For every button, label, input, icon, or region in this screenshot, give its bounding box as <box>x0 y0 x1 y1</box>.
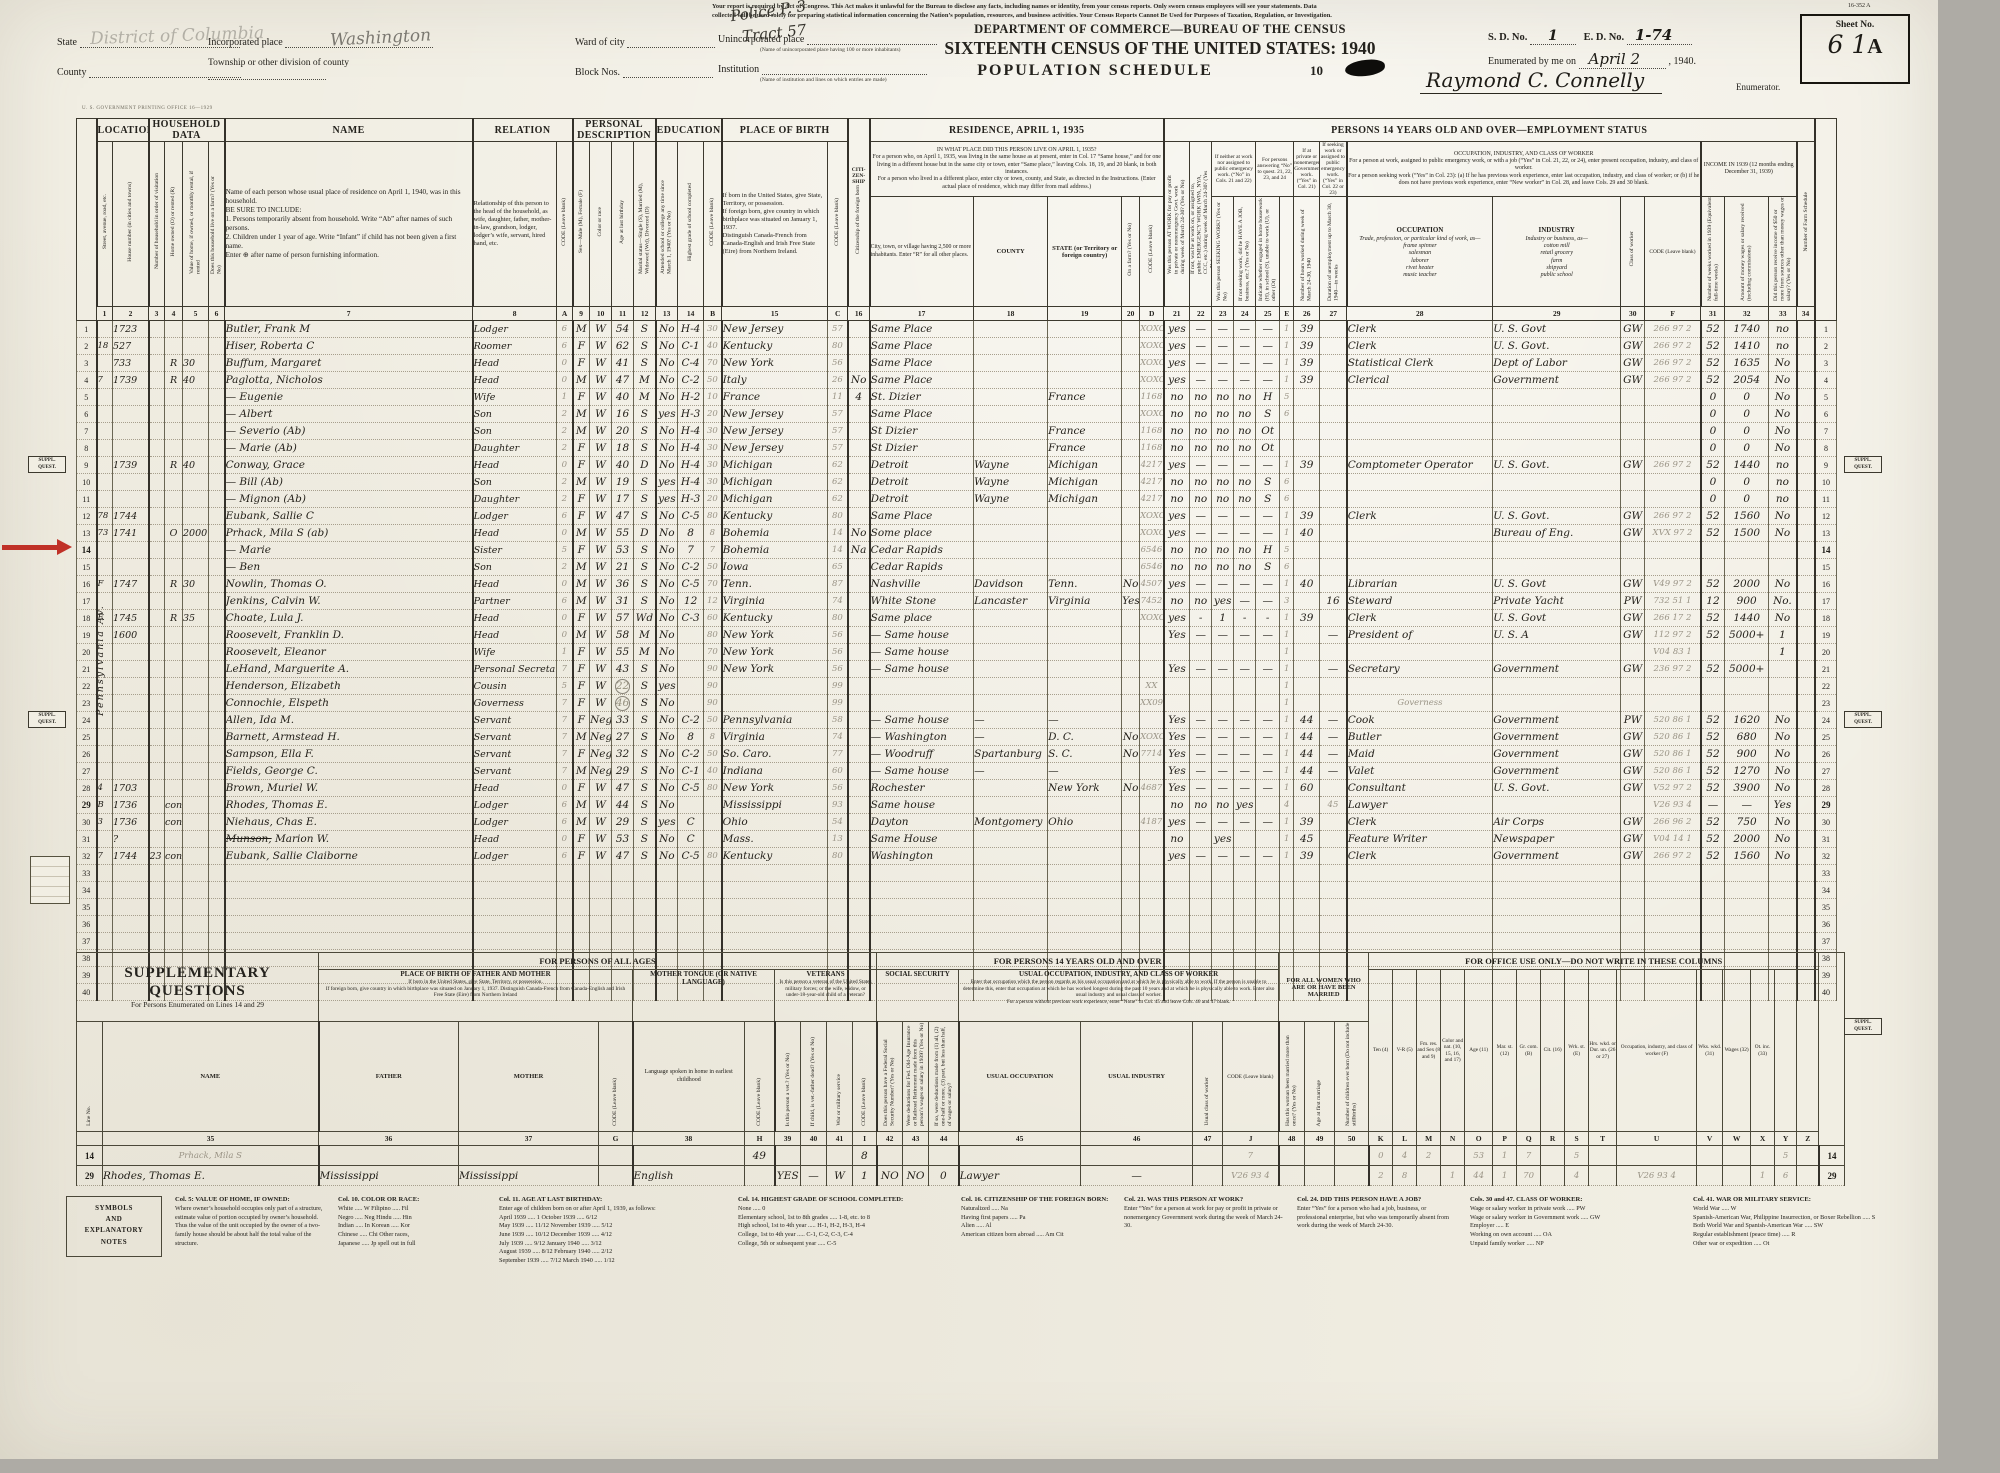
cell-lnR: 15 <box>1815 559 1837 576</box>
col-code-c: CODE (Leave blank) <box>828 142 848 307</box>
cell-ofarm <box>1122 474 1140 491</box>
cell-or <box>165 933 183 950</box>
cell-cE: 6 <box>1280 559 1294 576</box>
col-owned-rented: Home owned (O) or rented (R) <box>165 142 183 307</box>
cell-cB: 50 <box>704 372 722 389</box>
cell-cD: XOXO <box>1140 372 1164 389</box>
cell-fs <box>1797 848 1815 865</box>
cell-val <box>183 406 209 423</box>
cell-val <box>183 712 209 729</box>
cell-fs <box>1797 338 1815 355</box>
cell-ln: 24 <box>77 712 97 729</box>
cell-cD: 6546 <box>1140 559 1164 576</box>
cell-cB: 50 <box>704 746 722 763</box>
cell-inc: 1440 <box>1725 610 1769 627</box>
column-number: 44 <box>929 1132 959 1146</box>
cell-color: W <box>590 780 612 797</box>
cell-vis <box>149 440 165 457</box>
cell-hrs <box>1294 916 1320 933</box>
cell-age <box>612 899 634 916</box>
cell-rstate: — <box>1048 712 1122 729</box>
cell-cls <box>1621 440 1645 457</box>
cell-sex: F <box>573 831 590 848</box>
table-row-16: 16F1747R30Nowlin, Thomas O.Head0MW36SNoC… <box>77 576 1837 593</box>
cell-hrs <box>1294 406 1320 423</box>
cell-fs <box>1797 355 1815 372</box>
cell-w21: yes <box>1164 848 1190 865</box>
cell-val <box>183 865 209 882</box>
cell-w25: — <box>1256 372 1280 389</box>
cell-rstate <box>1048 406 1122 423</box>
cell-uind: — <box>1081 1166 1193 1186</box>
cell-name: Munson, Marion W. <box>225 831 473 848</box>
cell-w23 <box>1212 933 1234 950</box>
cell-hrs: 39 <box>1294 338 1320 355</box>
cell-color: Neg. <box>590 712 612 729</box>
cell-sch <box>656 933 678 950</box>
cell-name: Eubank, Sallie C <box>225 508 473 525</box>
column-number: 24 <box>1234 307 1256 321</box>
cell-rstate <box>1048 627 1122 644</box>
cell-w21: Yes <box>1164 763 1190 780</box>
cell-farm <box>209 440 225 457</box>
cell-cC: 57 <box>828 406 848 423</box>
cell-sex: M <box>573 576 590 593</box>
note-col10-body: White ..... W Filipino ..... Fil Negro .… <box>338 1205 486 1248</box>
cell-cA: 2 <box>557 406 573 423</box>
cell-cls <box>1621 797 1645 814</box>
cell-occ <box>1347 440 1493 457</box>
cell-val: 40 <box>183 457 209 474</box>
cell-rcounty: — <box>974 763 1048 780</box>
cell-fs <box>1797 627 1815 644</box>
cell-val <box>183 848 209 865</box>
cell-oth <box>1769 678 1797 695</box>
cell-lnR: 1 <box>1815 321 1837 338</box>
cell-lnR: 6 <box>1815 406 1837 423</box>
cell-cB: 80 <box>704 508 722 525</box>
office-col-marst: Mar. st. (12) <box>1493 970 1517 1132</box>
cell-rcounty: Wayne <box>974 457 1048 474</box>
cell-w23 <box>1212 916 1234 933</box>
col-emergency-work-label: If not, was he at work on, or assigned t… <box>1190 170 1212 274</box>
cell-fs <box>1797 763 1815 780</box>
cell-w48 <box>1279 1166 1305 1186</box>
cell-w22 <box>1190 899 1212 916</box>
cell-cD: XOXO <box>1140 729 1164 746</box>
cell-cls: GW <box>1621 372 1645 389</box>
cell-cF: 266 97 2 <box>1645 372 1701 389</box>
cell-rcity <box>870 695 974 712</box>
cell-farm <box>209 933 225 950</box>
cell-farm <box>209 916 225 933</box>
cell-rcity: White Stone <box>870 593 974 610</box>
cell-wks <box>1701 865 1725 882</box>
cell-wks: 0 <box>1701 389 1725 406</box>
cell-color <box>590 899 612 916</box>
cell-fs <box>1797 644 1815 661</box>
cell-cls: GW <box>1621 729 1645 746</box>
cell-vis <box>149 678 165 695</box>
cell-occ: Butler <box>1347 729 1493 746</box>
cell-cD <box>1140 627 1164 644</box>
cell-house <box>113 712 149 729</box>
cell-cG <box>599 1146 633 1166</box>
cell-cC: 99 <box>828 678 848 695</box>
cell-w25: — <box>1256 627 1280 644</box>
cell-or <box>165 440 183 457</box>
office-col-hrswkd: Hrs. wkd. or Dur. un. (26 or 27) <box>1589 970 1617 1132</box>
table-row-32: 327174423cont.Eubank, Sallie ClaiborneLo… <box>77 848 1837 865</box>
cell-cit <box>848 746 870 763</box>
note-col10-title: Col. 10. COLOR OR RACE: <box>338 1196 486 1203</box>
cell-ind <box>1493 542 1621 559</box>
cell-rcity: — Washington <box>870 729 974 746</box>
column-number: G <box>599 1132 633 1146</box>
table-row-26: 26Sampson, Ella F.Servant7FNeg.32SNoC-25… <box>77 746 1837 763</box>
cell-street <box>97 882 113 899</box>
cell-cls: GW <box>1621 610 1645 627</box>
cell-w24 <box>1234 831 1256 848</box>
cell-w49 <box>1305 1146 1335 1166</box>
cell-w23 <box>1212 882 1234 899</box>
cell-rstate <box>1048 695 1122 712</box>
cell-sex: F <box>573 440 590 457</box>
cell-name: — Albert <box>225 406 473 423</box>
cell-cD <box>1140 661 1164 678</box>
cell-occ: Secretary <box>1347 661 1493 678</box>
cell-farm <box>209 865 225 882</box>
cell-occ: Valet <box>1347 763 1493 780</box>
cell-street: 4 <box>97 780 113 797</box>
office-col-wages: Wages (32) <box>1723 970 1751 1132</box>
cell-w21: no <box>1164 406 1190 423</box>
cell-cls <box>1621 899 1645 916</box>
cell-bp <box>722 678 828 695</box>
cell-w23: — <box>1212 355 1234 372</box>
cell-cE: 6 <box>1280 406 1294 423</box>
cell-cD: XX09 <box>1140 695 1164 712</box>
cell-hrs <box>1294 661 1320 678</box>
cell-lnR: 16 <box>1815 576 1837 593</box>
cell-street: 78 <box>97 508 113 525</box>
cell-oth <box>1769 882 1797 899</box>
cell-name: Brown, Muriel W. <box>225 780 473 797</box>
cell-lnR: 21 <box>1815 661 1837 678</box>
cell-street: 7 <box>97 372 113 389</box>
note-col14-title: Col. 14. HIGHEST GRADE OF SCHOOL COMPLET… <box>738 1196 948 1203</box>
cell-lnR: 30 <box>1815 814 1837 831</box>
cell-oth: 1 <box>1769 644 1797 661</box>
cell-ln: 3 <box>77 355 97 372</box>
cell-ind <box>1493 933 1621 950</box>
cell-w25: — <box>1256 746 1280 763</box>
col-birthplace-instructions: If born in the United States, give State… <box>722 142 828 307</box>
cell-oth: no <box>1769 321 1797 338</box>
cell-cls <box>1621 559 1645 576</box>
cell-cE: 6 <box>1280 491 1294 508</box>
cell-rel: Lodger <box>473 848 557 865</box>
cell-w23: no <box>1212 406 1234 423</box>
cell-rstate: New York <box>1048 780 1122 797</box>
cell-grade: H-4 <box>678 440 704 457</box>
cell-inc: 0 <box>1725 440 1769 457</box>
cell-name: — Ben <box>225 559 473 576</box>
cell-ind <box>1493 695 1621 712</box>
cell-cit <box>848 712 870 729</box>
office-col-age: Age (11) <box>1465 970 1493 1132</box>
cell-sch: No <box>656 576 678 593</box>
cell-wks: 52 <box>1701 525 1725 542</box>
cell-sex: F <box>573 491 590 508</box>
cell-cit <box>848 576 870 593</box>
cell-inc: 900 <box>1725 593 1769 610</box>
cell-w22: no <box>1190 797 1212 814</box>
cell-ind: Government <box>1493 848 1621 865</box>
group-location: LOCATION <box>97 119 149 142</box>
cell-cC: 56 <box>828 355 848 372</box>
cell-wks: 52 <box>1701 457 1725 474</box>
cell-ln: 25 <box>77 729 97 746</box>
cell-w24 <box>1234 678 1256 695</box>
cell-age: 36 <box>612 576 634 593</box>
cell-inc <box>1725 644 1769 661</box>
cell-age: 40 <box>612 457 634 474</box>
cell-age: 53 <box>612 831 634 848</box>
column-number: 42 <box>877 1132 903 1146</box>
cell-Y: 6 <box>1775 1166 1797 1186</box>
cell-w23: — <box>1212 321 1234 338</box>
cell-sch: yes <box>656 491 678 508</box>
cell-cls: GW <box>1621 525 1645 542</box>
cell-hrs: 39 <box>1294 355 1320 372</box>
cell-rel <box>473 933 557 950</box>
cell-cD <box>1140 933 1164 950</box>
col-weeks-worked: Number of weeks worked in 1939 (Equivale… <box>1701 197 1725 307</box>
cell-lnR: 8 <box>1815 440 1837 457</box>
cell-grade <box>678 916 704 933</box>
cell-mar: S <box>634 678 656 695</box>
cell-lnR: 9 <box>1815 457 1837 474</box>
cell-cF <box>1645 491 1701 508</box>
cell-dur <box>1320 848 1347 865</box>
col-wages-label: Amount of money wages or salary received… <box>1740 197 1753 301</box>
cell-vis <box>149 389 165 406</box>
cell-rcounty <box>974 627 1048 644</box>
cell-age <box>612 933 634 950</box>
column-number: Y <box>1775 1132 1797 1146</box>
column-number: 2 <box>113 307 149 321</box>
cell-mar: S <box>634 712 656 729</box>
cell-house: 1739 <box>113 372 149 389</box>
table-row-14: 14Prhack, Mila S498704253175514 <box>77 1146 1845 1166</box>
cell-house <box>113 661 149 678</box>
office-col-colornat: Color and nat. (10, 15, 16, and 17) <box>1441 970 1465 1132</box>
cell-oth <box>1769 695 1797 712</box>
cell-occ: Lawyer <box>1347 797 1493 814</box>
cell-dur <box>1320 525 1347 542</box>
occupation-instructions: OCCUPATION, INDUSTRY, AND CLASS OF WORKE… <box>1347 142 1701 197</box>
cell-cit <box>848 899 870 916</box>
cell-w23: 1 <box>1212 610 1234 627</box>
column-number: 18 <box>974 307 1048 321</box>
cell-sex: F <box>573 746 590 763</box>
column-number: K <box>1369 1132 1393 1146</box>
column-number: 3 <box>149 307 165 321</box>
supp-line-no-right <box>1819 953 1845 1146</box>
col-age: Age at last birthday <box>612 142 634 307</box>
cell-dur <box>1320 576 1347 593</box>
cell-cit <box>848 338 870 355</box>
cell-ind <box>1493 678 1621 695</box>
cell-inc <box>1725 559 1769 576</box>
cell-cF <box>1645 389 1701 406</box>
cell-ln: 16 <box>77 576 97 593</box>
cell-sex: M <box>573 474 590 491</box>
table-row-33: 3333 <box>77 865 1837 882</box>
cell-v40: — <box>801 1166 827 1186</box>
cell-mother: Mississippi <box>459 1166 599 1186</box>
cell-w22: — <box>1190 848 1212 865</box>
cell-lnR: 25 <box>1815 729 1837 746</box>
cell-color: Neg. <box>590 746 612 763</box>
cell-dur <box>1320 321 1347 338</box>
sd-value: 1 <box>1530 28 1576 45</box>
cell-hrs <box>1294 559 1320 576</box>
cell-mar <box>634 933 656 950</box>
cell-name: Hiser, Roberta C <box>225 338 473 355</box>
cell-w24: - <box>1234 610 1256 627</box>
cell-cls: GW <box>1621 763 1645 780</box>
note-class-body: Wage or salary worker in private work ..… <box>1470 1205 1680 1248</box>
table-row-23: 23Connochie, ElspethGoverness7FW46SNo909… <box>77 695 1837 712</box>
cell-cB: 20 <box>704 491 722 508</box>
cell-ind <box>1493 406 1621 423</box>
cell-cF: 266 17 2 <box>1645 610 1701 627</box>
column-number: 25 <box>1256 307 1280 321</box>
cell-vis <box>149 644 165 661</box>
cell-rstate <box>1048 559 1122 576</box>
cell-rstate <box>1048 848 1122 865</box>
cell-age: 22 <box>612 678 634 695</box>
cell-hrs: 39 <box>1294 508 1320 525</box>
cell-vis <box>149 797 165 814</box>
cell-w21: no <box>1164 559 1190 576</box>
cell-R <box>1541 1166 1565 1186</box>
cell-oth <box>1769 661 1797 678</box>
cell-rstate: Michigan <box>1048 491 1122 508</box>
cell-cF <box>1645 678 1701 695</box>
cell-sex <box>573 865 590 882</box>
cell-farm <box>209 644 225 661</box>
cell-cit <box>848 865 870 882</box>
cell-street: 3 <box>97 814 113 831</box>
cell-wks: 52 <box>1701 780 1725 797</box>
cell-w21 <box>1164 899 1190 916</box>
cell-bp <box>722 916 828 933</box>
cell-rstate <box>1048 321 1122 338</box>
cell-sch: No <box>656 627 678 644</box>
cell-bp: Mississippi <box>722 797 828 814</box>
block-seeking-work: If seeking work or assigned to public em… <box>1320 142 1347 197</box>
cell-w22: no <box>1190 542 1212 559</box>
cell-w21: no <box>1164 423 1190 440</box>
township-line <box>208 68 326 80</box>
cell-w25: - <box>1256 610 1280 627</box>
cell-cD: 4187 <box>1140 814 1164 831</box>
cell-cC: 80 <box>828 508 848 525</box>
cell-occ: Governess <box>1347 695 1493 712</box>
cell-sex: F <box>573 678 590 695</box>
cell-rel: Servant <box>473 729 557 746</box>
column-number: 48 <box>1279 1132 1305 1146</box>
cell-ln: 12 <box>77 508 97 525</box>
cell-s43: NO <box>903 1166 929 1186</box>
cell-hrs: 39 <box>1294 321 1320 338</box>
cell-oth: No <box>1769 610 1797 627</box>
office-col-wkswkd: Wks. wkd. (31) <box>1697 970 1723 1132</box>
cell-val <box>183 491 209 508</box>
cell-mar <box>634 882 656 899</box>
supp-col-code-j: CODE (Leave blank) <box>1223 1022 1279 1132</box>
cell-cF: V26 93 4 <box>1645 797 1701 814</box>
county-label: County <box>57 67 86 78</box>
cell-w24: no <box>1234 542 1256 559</box>
cell-bp: Michigan <box>722 457 828 474</box>
cell-cF: XVX 97 2 <box>1645 525 1701 542</box>
col-class-of-worker-label: Class of worker <box>1629 231 1635 266</box>
cell-hrs: 39 <box>1294 610 1320 627</box>
cell-X <box>1751 1146 1775 1166</box>
cell-grade: 12 <box>678 593 704 610</box>
cell-w24 <box>1234 933 1256 950</box>
cell-vis <box>149 406 165 423</box>
cell-cE: 1 <box>1280 729 1294 746</box>
cell-w23: — <box>1212 729 1234 746</box>
cell-name <box>225 933 473 950</box>
cell-w21: Yes <box>1164 729 1190 746</box>
column-number: E <box>1280 307 1294 321</box>
cell-rcity: Same Place <box>870 321 974 338</box>
supp-col-father: FATHER <box>319 1022 459 1132</box>
cell-wks: 0 <box>1701 491 1725 508</box>
cell-dur <box>1320 916 1347 933</box>
column-number: 22 <box>1190 307 1212 321</box>
cell-wks: 52 <box>1701 627 1725 644</box>
column-number-row: 12345678A91011121314B15C1617181920D21222… <box>77 307 1837 321</box>
cell-rstate <box>1048 372 1122 389</box>
cell-ln: 28 <box>77 780 97 797</box>
cell-w22 <box>1190 882 1212 899</box>
cell-hrs: 39 <box>1294 372 1320 389</box>
cell-ln: 34 <box>77 882 97 899</box>
cell-w25 <box>1256 865 1280 882</box>
cell-sex: M <box>573 525 590 542</box>
cell-occ <box>1347 389 1493 406</box>
cell-ofarm: Yes <box>1122 593 1140 610</box>
cell-sch: yes <box>656 406 678 423</box>
note-class-title: Cols. 30 and 47. CLASS OF WORKER: <box>1470 1196 1680 1203</box>
cell-farm <box>209 474 225 491</box>
cell-fs <box>1797 440 1815 457</box>
cell-rcity: Detroit <box>870 474 974 491</box>
supp-war-service-label: War or military service <box>836 1074 842 1126</box>
cell-color: W <box>590 457 612 474</box>
table-row-4: 471739R40Paglotta, NicholosHead0MW47MNoC… <box>77 372 1837 389</box>
cell-lnR: 17 <box>1815 593 1837 610</box>
cell-fs <box>1797 661 1815 678</box>
cell-wks: 52 <box>1701 321 1725 338</box>
